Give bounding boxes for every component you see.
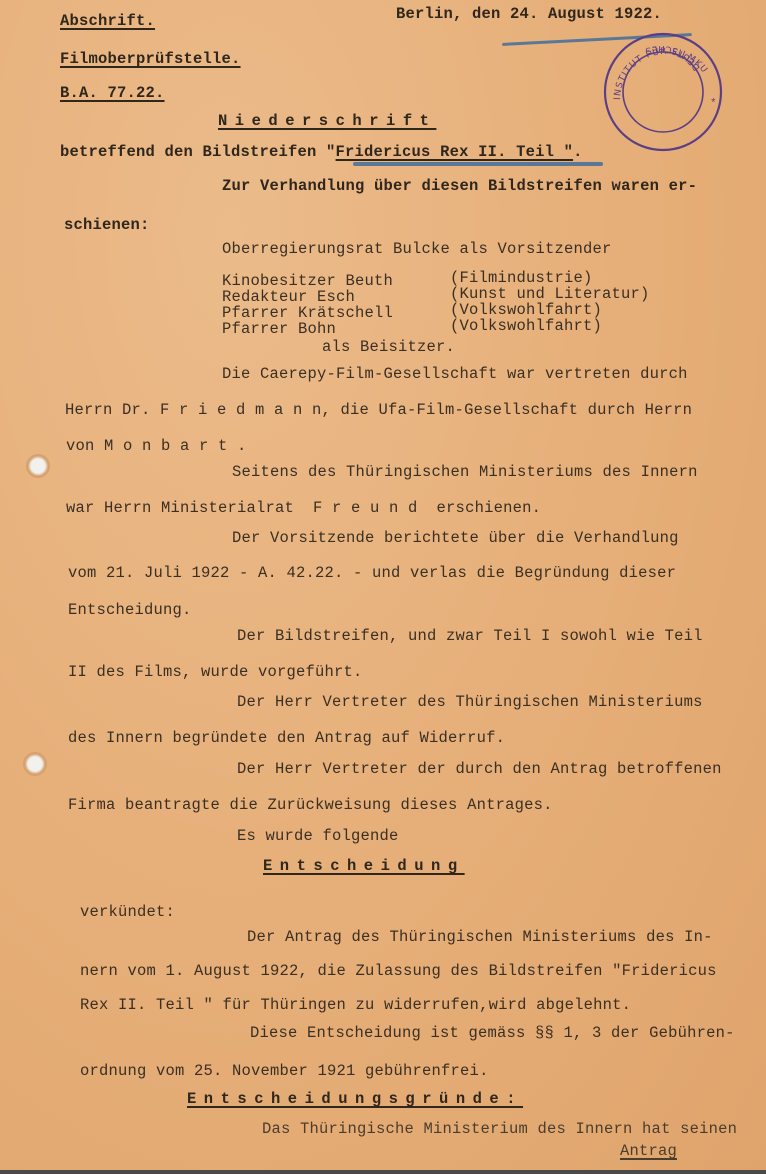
para-2-line-2: war Herrn Ministerialrat F r e u n d ers… <box>66 499 541 517</box>
member-group-4: (Volkswohlfahrt) <box>450 318 602 334</box>
para-3-line-1: Der Vorsitzende berichtete über die Verh… <box>232 529 679 547</box>
reasons-heading: Entscheidungsgründe: <box>187 1090 523 1108</box>
office-name: Filmoberprüfstelle. <box>60 50 241 68</box>
para-4-line-1: Der Bildstreifen, und zwar Teil I sowohl… <box>237 627 703 645</box>
subject-line: betreffend den Bildstreifen "Fridericus … <box>60 143 583 161</box>
stamp-star: * <box>710 98 717 110</box>
para-1-line-2: Herrn Dr. F r i e d m a n n, die Ufa-Fil… <box>65 401 692 419</box>
chair-line: Oberregierungsrat Bulcke als Vorsitzende… <box>222 240 612 258</box>
film-title: Fridericus Rex II. Teil " <box>336 143 574 161</box>
copy-label: Abschrift. <box>60 12 155 30</box>
member-name-4: Pfarrer Bohn <box>222 321 336 337</box>
reasons-1-line-1: Das Thüringische Ministerium des Innern … <box>262 1120 737 1138</box>
subject-suffix: . <box>573 143 583 161</box>
attendance-intro-1: Zur Verhandlung über diesen Bildstreifen… <box>222 177 697 195</box>
para-6-line-2: Firma beantragte die Zurückweisung diese… <box>68 796 553 814</box>
para-5-line-1: Der Herr Vertreter des Thüringischen Min… <box>237 693 703 711</box>
members-role: als Beisitzer. <box>322 338 455 356</box>
para-3-line-3: Entscheidung. <box>68 601 192 619</box>
place-date: Berlin, den 24. August 1922. <box>396 5 662 23</box>
member-group-2: (Kunst und Literatur) <box>450 286 650 302</box>
blue-underline-film <box>353 162 603 166</box>
para-1-line-3: von M o n b a r t . <box>66 437 247 455</box>
member-name-3: Pfarrer Krätschell <box>222 305 393 321</box>
attendance-intro-2: schienen: <box>64 216 150 234</box>
para-5-line-2: des Innern begründete den Antrag auf Wid… <box>68 729 505 747</box>
decision-2-line-1: Diese Entscheidung ist gemäss §§ 1, 3 de… <box>250 1024 735 1042</box>
punch-hole-lower <box>25 754 45 774</box>
decision-1-line-1: Der Antrag des Thüringischen Ministerium… <box>247 928 713 946</box>
file-reference: B.A. 77.22. <box>60 84 165 102</box>
decision-1-line-2: nern vom 1. August 1922, die Zulassung d… <box>80 962 717 980</box>
para-6-line-1: Der Herr Vertreter der durch den Antrag … <box>237 760 722 778</box>
decision-1-line-3: Rex II. Teil " für Thüringen zu widerruf… <box>80 996 631 1014</box>
member-group-3: (Volkswohlfahrt) <box>450 302 602 318</box>
member-name-1: Kinobesitzer Beuth <box>222 273 393 289</box>
member-name-2: Redakteur Esch <box>222 289 355 305</box>
announced-label: verkündet: <box>80 903 175 921</box>
para-7-line-1: Es wurde folgende <box>237 827 399 845</box>
document-title: Niederschrift <box>218 112 436 130</box>
subject-prefix: betreffend den Bildstreifen " <box>60 143 336 161</box>
para-3-line-2: vom 21. Juli 1922 - A. 42.22. - und verl… <box>68 564 676 582</box>
decision-2-line-2: ordnung vom 25. November 1921 gebührenfr… <box>80 1062 489 1080</box>
para-4-line-2: II des Films, wurde vorgeführt. <box>68 663 363 681</box>
institute-stamp: INSTITUT FÜR FILMKUNDE E.V. DEUTSCHES * <box>598 30 728 152</box>
stamp-seal-icon: INSTITUT FÜR FILMKUNDE E.V. DEUTSCHES * <box>598 30 728 152</box>
para-1-line-1: Die Caerepy-Film-Gesellschaft war vertre… <box>222 365 688 383</box>
decision-heading: Entscheidung <box>263 857 465 875</box>
scan-bottom-edge <box>0 1170 766 1174</box>
reasons-1-line-2: Antrag <box>620 1142 677 1160</box>
member-group-1: (Filmindustrie) <box>450 270 593 286</box>
punch-hole-upper <box>28 456 48 476</box>
para-2-line-1: Seitens des Thüringischen Ministeriums d… <box>232 463 698 481</box>
